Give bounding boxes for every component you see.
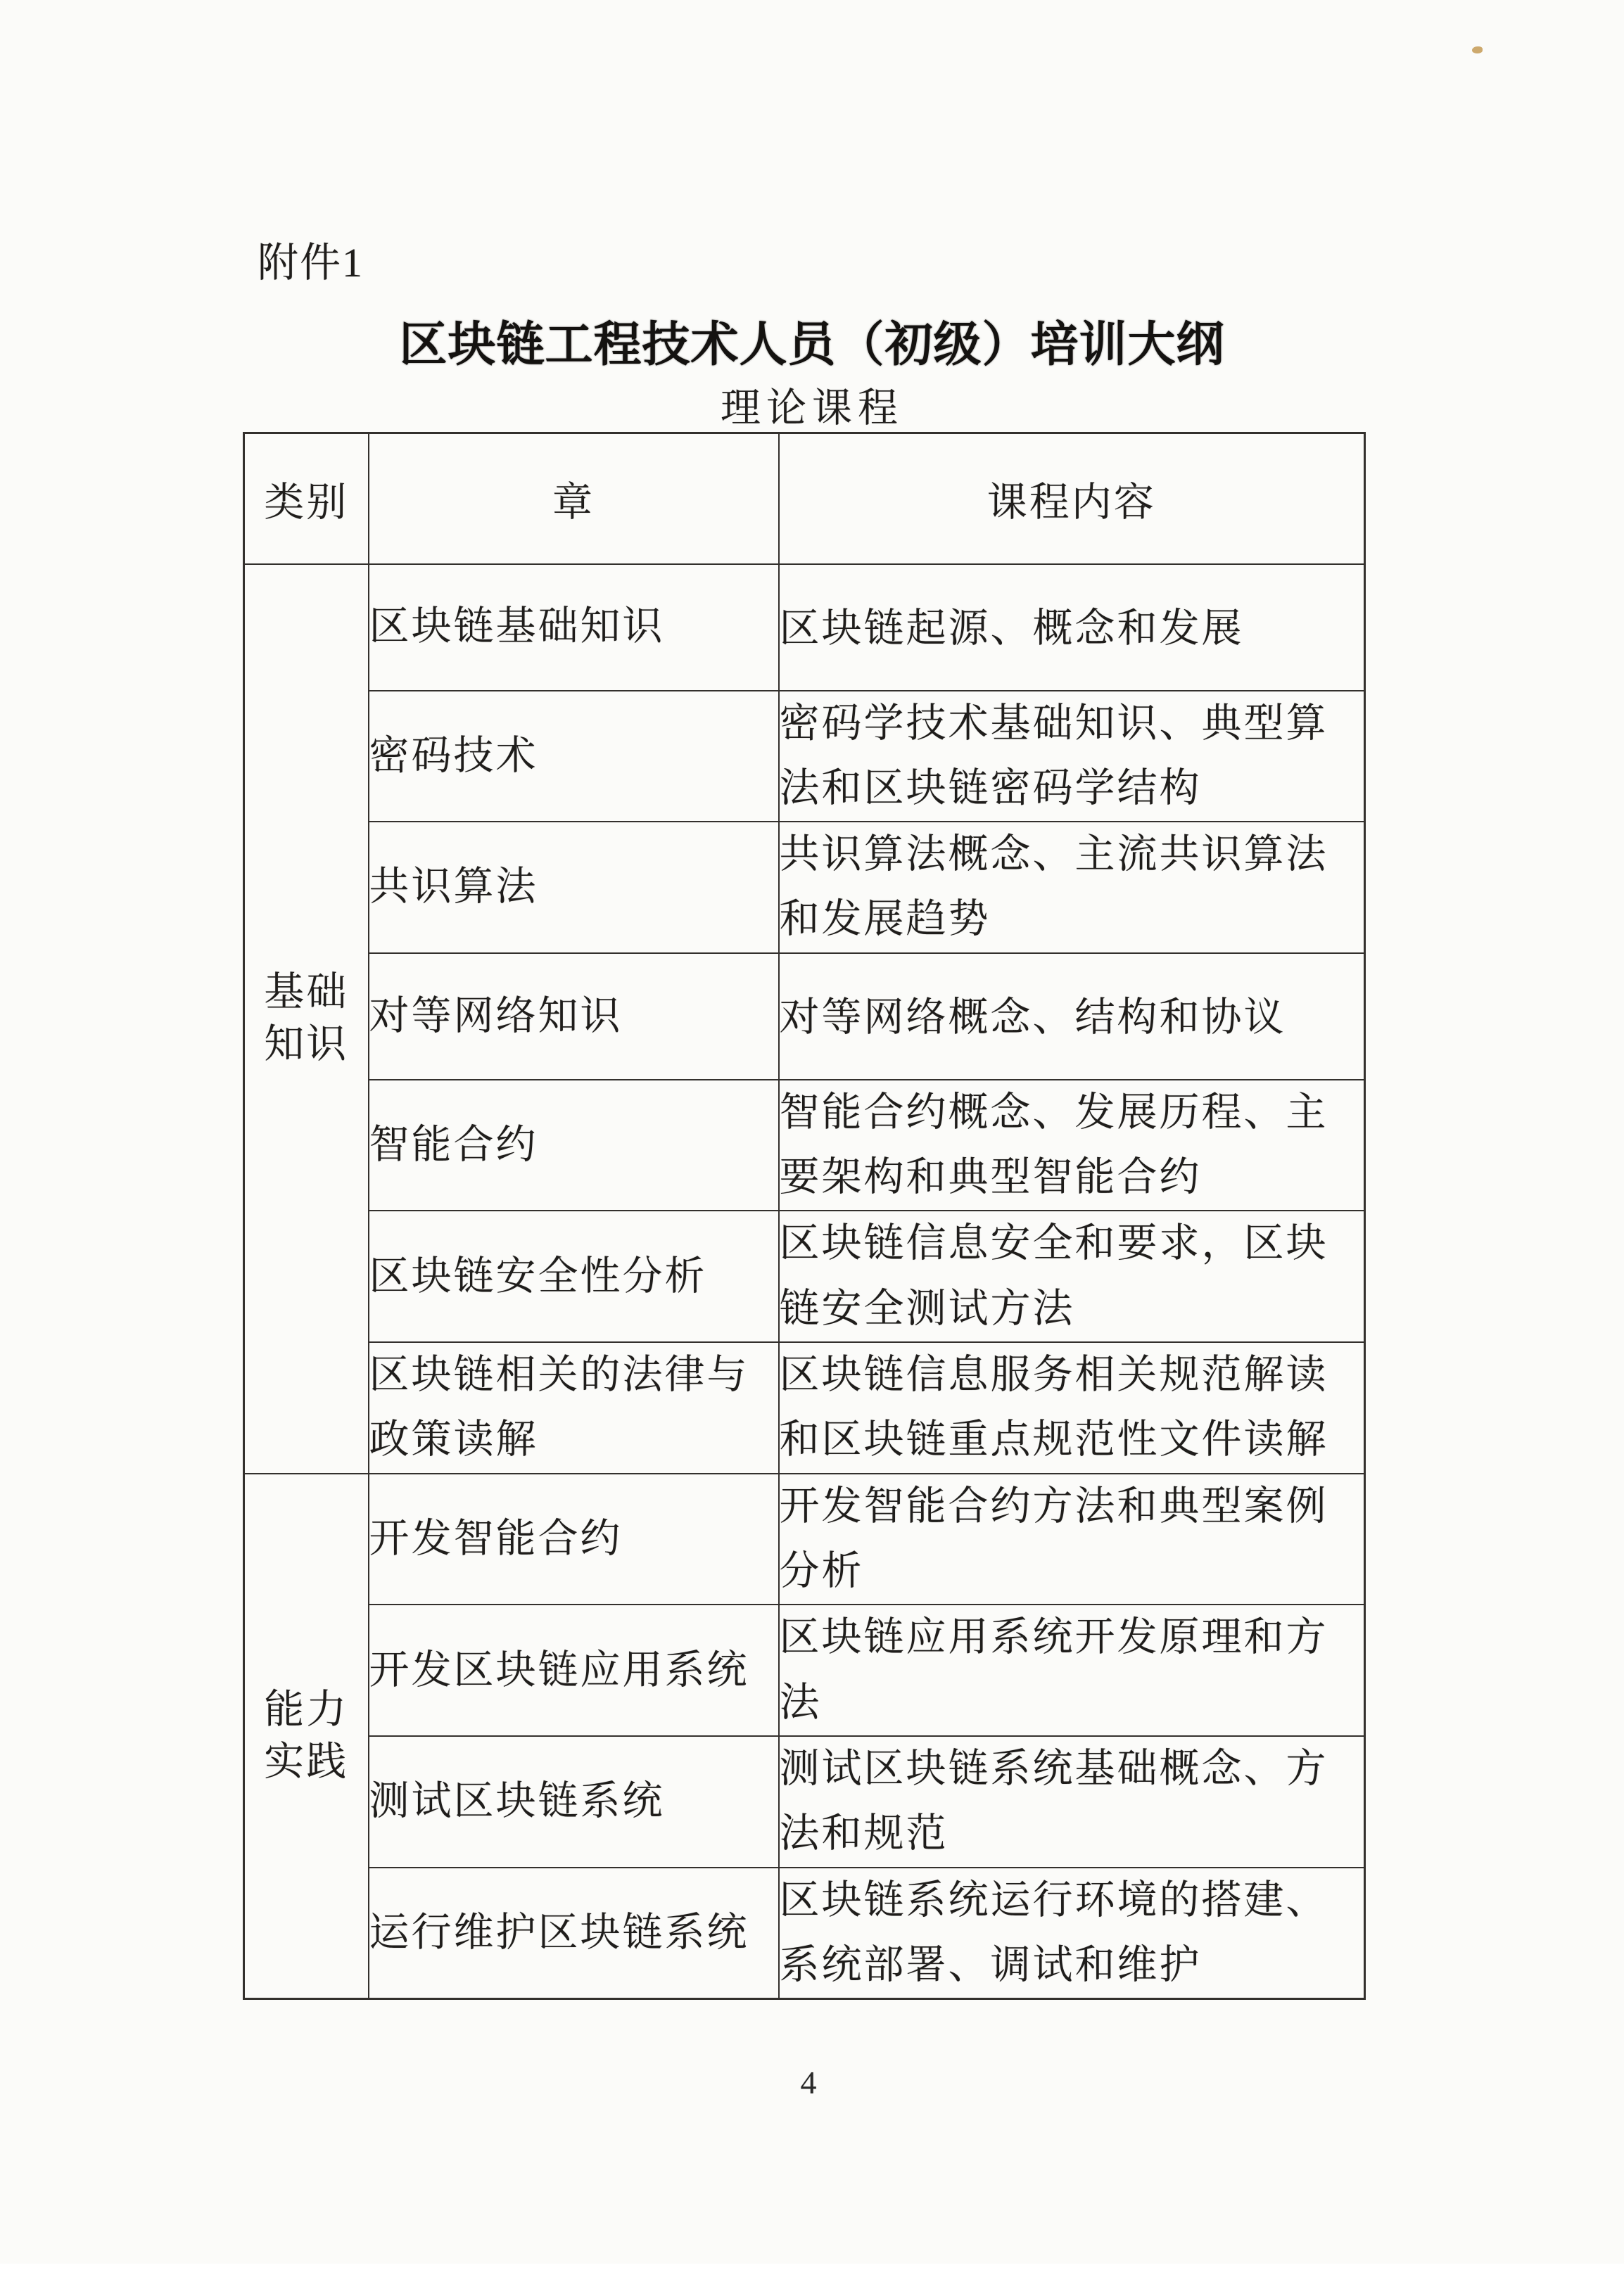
page-number: 4 — [777, 2064, 840, 2101]
chapter-cell: 对等网络知识 — [369, 953, 779, 1080]
content-text: 区块链系统运行环境的搭建、系统部署、调试和维护 — [780, 1868, 1343, 1998]
table-row: 智能合约 智能合约概念、发展历程、主要架构和典型智能合约 — [244, 1080, 1365, 1211]
table-row: 能力实践 开发智能合约 开发智能合约方法和典型案例分析 — [244, 1474, 1365, 1605]
chapter-cell: 区块链安全性分析 — [369, 1211, 779, 1342]
document-title: 区块链工程技术人员（初级）培训大纲 — [0, 307, 1624, 375]
table-row: 对等网络知识 对等网络概念、结构和协议 — [244, 953, 1365, 1080]
content-cell: 密码学技术基础知识、典型算法和区块链密码学结构 — [779, 691, 1365, 822]
header-chapter: 章 — [369, 433, 779, 564]
chapter-cell: 测试区块链系统 — [369, 1736, 779, 1868]
scanner-edge — [0, 2264, 1624, 2296]
table-row: 基础知识 区块链基础知识 区块链起源、概念和发展 — [244, 564, 1365, 691]
ink-speck — [1472, 46, 1483, 53]
content-cell: 测试区块链系统基础概念、方法和规范 — [779, 1736, 1365, 1868]
header-course-content: 课程内容 — [779, 433, 1365, 564]
chapter-text: 区块链安全性分析 — [369, 1244, 707, 1309]
chapter-text: 对等网络知识 — [369, 984, 623, 1049]
table-row: 区块链相关的法律与政策读解 区块链信息服务相关规范解读和区块链重点规范性文件读解 — [244, 1342, 1365, 1474]
attachment-label: 附件1 — [258, 229, 364, 288]
chapter-text: 智能合约 — [369, 1113, 538, 1178]
chapter-text: 区块链基础知识 — [369, 594, 665, 659]
content-text: 共识算法概念、主流共识算法和发展趋势 — [780, 822, 1343, 952]
curriculum-table: 类别 章 课程内容 基础知识 区块链基础知识 区块链起源、概念和发展 密码技术 … — [243, 432, 1366, 2000]
table-row: 开发区块链应用系统 区块链应用系统开发原理和方法 — [244, 1605, 1365, 1736]
content-cell: 区块链起源、概念和发展 — [779, 564, 1365, 691]
document-subtitle: 理论课程 — [0, 376, 1624, 433]
content-text: 区块链起源、概念和发展 — [780, 597, 1244, 661]
content-cell: 开发智能合约方法和典型案例分析 — [779, 1474, 1365, 1605]
chapter-cell: 智能合约 — [369, 1080, 779, 1211]
header-category: 类别 — [244, 433, 369, 564]
content-text: 区块链应用系统开发原理和方法 — [780, 1605, 1343, 1735]
document-page: 附件1 区块链工程技术人员（初级）培训大纲 理论课程 类别 章 课程内容 基础知… — [0, 0, 1624, 2296]
chapter-text: 测试区块链系统 — [369, 1769, 665, 1834]
table-row: 密码技术 密码学技术基础知识、典型算法和区块链密码学结构 — [244, 691, 1365, 822]
content-text: 测试区块链系统基础概念、方法和规范 — [780, 1737, 1343, 1867]
category-cell-practice: 能力实践 — [244, 1474, 369, 1999]
chapter-cell: 运行维护区块链系统 — [369, 1868, 779, 1999]
chapter-cell: 开发智能合约 — [369, 1474, 779, 1605]
content-text: 智能合约概念、发展历程、主要架构和典型智能合约 — [780, 1080, 1343, 1211]
content-cell: 区块链应用系统开发原理和方法 — [779, 1605, 1365, 1736]
chapter-text: 区块链相关的法律与政策读解 — [369, 1343, 763, 1473]
chapter-text: 运行维护区块链系统 — [369, 1901, 749, 1965]
chapter-cell: 密码技术 — [369, 691, 779, 822]
table-row: 运行维护区块链系统 区块链系统运行环境的搭建、系统部署、调试和维护 — [244, 1868, 1365, 1999]
chapter-cell: 区块链相关的法律与政策读解 — [369, 1342, 779, 1474]
content-text: 对等网络概念、结构和协议 — [780, 986, 1286, 1050]
table-row: 测试区块链系统 测试区块链系统基础概念、方法和规范 — [244, 1736, 1365, 1868]
chapter-cell: 开发区块链应用系统 — [369, 1605, 779, 1736]
table-row: 共识算法 共识算法概念、主流共识算法和发展趋势 — [244, 822, 1365, 953]
table-header-row: 类别 章 课程内容 — [244, 433, 1365, 564]
chapter-text: 开发区块链应用系统 — [369, 1638, 749, 1703]
chapter-text: 开发智能合约 — [369, 1507, 623, 1571]
content-text: 区块链信息服务相关规范解读和区块链重点规范性文件读解 — [780, 1343, 1343, 1473]
chapter-text: 共识算法 — [369, 855, 538, 919]
content-cell: 区块链系统运行环境的搭建、系统部署、调试和维护 — [779, 1868, 1365, 1999]
chapter-text: 密码技术 — [369, 724, 538, 789]
content-text: 密码学技术基础知识、典型算法和区块链密码学结构 — [780, 691, 1343, 822]
chapter-cell: 区块链基础知识 — [369, 564, 779, 691]
content-text: 区块链信息安全和要求，区块链安全测试方法 — [780, 1211, 1343, 1341]
content-cell: 智能合约概念、发展历程、主要架构和典型智能合约 — [779, 1080, 1365, 1211]
content-cell: 共识算法概念、主流共识算法和发展趋势 — [779, 822, 1365, 953]
content-text: 开发智能合约方法和典型案例分析 — [780, 1474, 1343, 1605]
chapter-cell: 共识算法 — [369, 822, 779, 953]
category-cell-basics: 基础知识 — [244, 564, 369, 1474]
table-row: 区块链安全性分析 区块链信息安全和要求，区块链安全测试方法 — [244, 1211, 1365, 1342]
content-cell: 对等网络概念、结构和协议 — [779, 953, 1365, 1080]
content-cell: 区块链信息服务相关规范解读和区块链重点规范性文件读解 — [779, 1342, 1365, 1474]
content-cell: 区块链信息安全和要求，区块链安全测试方法 — [779, 1211, 1365, 1342]
